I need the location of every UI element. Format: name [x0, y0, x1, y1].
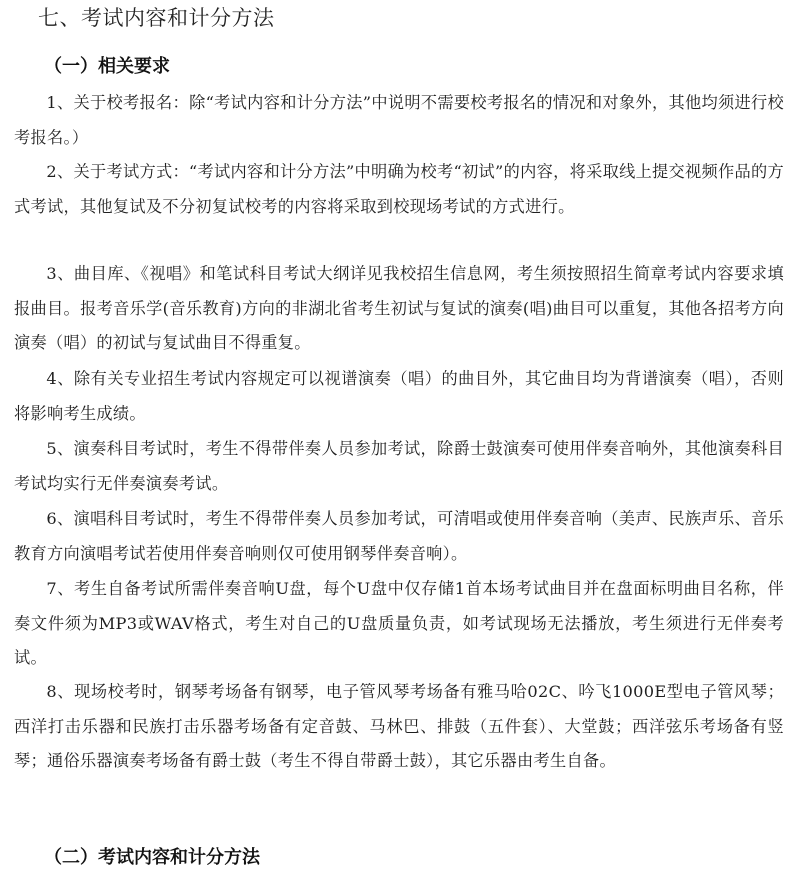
- paragraph-item-5: 5、演奏科目考试时，考生不得带伴奏人员参加考试，除爵士鼓演奏可使用伴奏音响外，其…: [14, 432, 784, 501]
- section-title: 七、考试内容和计分方法: [38, 2, 275, 32]
- paragraph-item-1: 1、关于校考报名：除“考试内容和计分方法”中说明不需要校考报名的情况和对象外，其…: [14, 86, 784, 155]
- paragraph-item-7: 7、考生自备考试所需伴奏音响U盘，每个U盘中仅存储1首本场考试曲目并在盘面标明曲…: [14, 572, 784, 676]
- paragraph-item-6: 6、演唱科目考试时，考生不得带伴奏人员参加考试，可清唱或使用伴奏音响（美声、民族…: [14, 502, 784, 571]
- paragraph-item-2: 2、关于考试方式：“考试内容和计分方法”中明确为校考“初试”的内容，将采取线上提…: [14, 155, 784, 224]
- paragraph-item-8: 8、现场校考时，钢琴考场备有钢琴，电子管风琴考场备有雅马哈02C、吟飞1000E…: [14, 675, 784, 779]
- subsection-title-requirements: （一）相关要求: [44, 52, 170, 78]
- subsection-title-content-scoring: （二）考试内容和计分方法: [44, 843, 260, 869]
- paragraph-item-4: 4、除有关专业招生考试内容规定可以视谱演奏（唱）的曲目外，其它曲目均为背谱演奏（…: [14, 362, 784, 431]
- paragraph-item-3: 3、曲目库、《视唱》和笔试科目考试大纲详见我校招生信息网，考生须按照招生简章考试…: [14, 257, 784, 361]
